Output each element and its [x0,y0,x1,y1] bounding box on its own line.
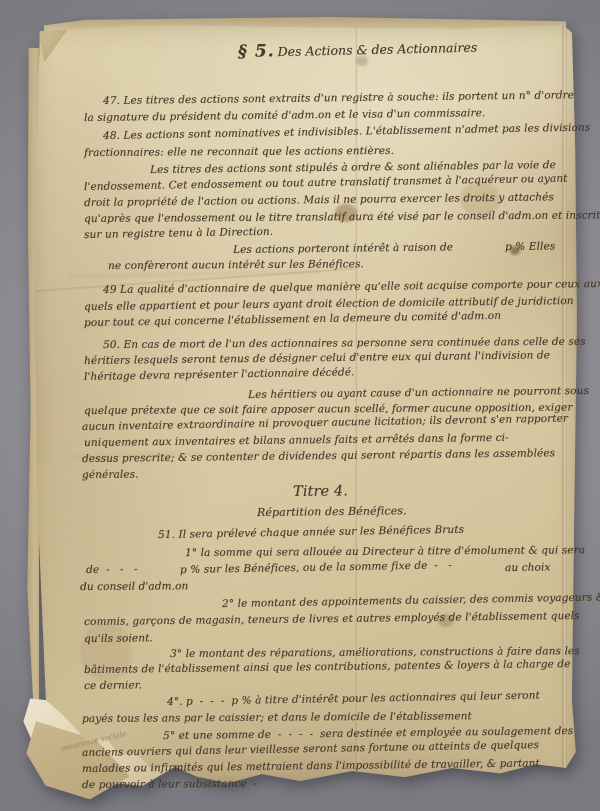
manuscript-line: 51. Il sera prélevé chaque année sur les… [158,524,464,541]
manuscript-line: p % Elles [505,240,555,253]
manuscript-line: payés tous les ans par le caissier; et d… [82,710,472,725]
manuscript-line: dessus prescrite; & se contenter de divi… [82,447,555,465]
manuscript-line: 4°. p - - - p % à titre d'intérêt pour l… [167,689,540,708]
manuscript-line: de - - - [86,563,138,576]
manuscript-line: commis, garçons de magasin, teneurs de l… [84,610,580,628]
manuscript-line: du conseil d'adm.on [80,580,188,593]
manuscript-line: 2° le montant des appointements du caiss… [222,591,600,610]
manuscript-line: fractionnaires: elle ne reconnait que le… [84,145,394,159]
manuscript-line: la signature du président du comité d'ad… [84,107,485,124]
manuscript-line: l'héritage devra représenter l'actionnai… [84,366,355,383]
manuscript-line: au choix [505,561,551,574]
manuscript-line: 1° la somme qui sera allouée au Directeu… [185,544,585,559]
manuscript-line: 50. En cas de mort de l'un des actionnai… [103,336,586,351]
photo-background: § 5.Des Actions & des Actionnaires 47. L… [0,0,600,811]
manuscript-line: maladies ou infirmités qui les mettraien… [82,757,540,775]
section-mark: § 5. [238,41,275,62]
manuscript-line: qu'après que l'endossement ou le titre t… [84,209,600,225]
manuscript-line: ne confèreront aucun intérêt sur les Bén… [108,258,364,272]
section-title: Des Actions & des Actionnaires [277,40,477,60]
manuscript-line: ce dernier. [84,679,142,692]
manuscript-line: Titre 4. [293,483,348,500]
manuscript-line: Les actions porteront intérêt à raison d… [233,241,453,256]
handwriting-layer: § 5.Des Actions & des Actionnaires 47. L… [0,0,600,811]
section-heading: § 5.Des Actions & des Actionnaires [238,37,478,62]
manuscript-line: qu'ils soient. [84,632,153,645]
manuscript-line: héritiers lesquels seront tenus de désig… [84,349,550,367]
manuscript-line: sur un registre tenu à la Direction. [84,226,273,241]
manuscript-line: 47. Les titres des actions sont extraits… [103,89,574,107]
manuscript-line: de pourvoir à leur subsistance - [82,778,257,791]
manuscript-line: Les héritiers ou ayant cause d'un action… [248,385,589,401]
manuscript-line: p % sur les Bénéfices, ou de la somme fi… [180,559,452,576]
manuscript-line: uniquement aux inventaires et bilans ann… [84,432,509,449]
manuscript-line: anciens ouvriers qui dans leur vieilless… [82,739,539,759]
manuscript-line: générales. [82,469,139,481]
manuscript-line: Répartition des Bénéfices. [257,504,407,519]
manuscript-line: 48. Les actions sont nominatives et indi… [103,121,590,142]
manuscript-line: bâtiments de l'établissement ainsi que l… [84,658,571,676]
manuscript-line: pour tout ce qui concerne l'établissemen… [84,310,501,329]
manuscript-line: 49 La qualité d'actionnaire de quelque m… [103,278,600,296]
manuscript-line: droit la propriété de l'action ou action… [84,191,554,209]
